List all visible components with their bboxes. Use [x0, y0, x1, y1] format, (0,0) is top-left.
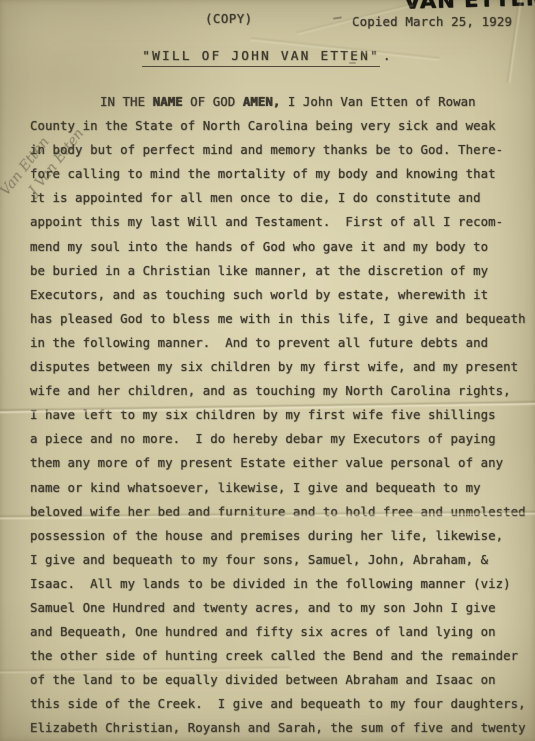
- text-line: Elizabeth Christian, Royansh and Sarah, …: [30, 716, 525, 740]
- text-line: of the land to be equally divided betwee…: [30, 668, 525, 692]
- text-line: be buried in a Christian like manner, at…: [30, 259, 525, 283]
- text-line: Executors, and as touching such world by…: [30, 283, 525, 307]
- text-line: it is appointed for all men once to die,…: [30, 186, 525, 210]
- text-line: fore calling to mind the mortality of my…: [30, 162, 525, 186]
- document-title: "WILL OF JOHN VAN ETTEN": [142, 49, 380, 67]
- text-line: disputes between my six children by my f…: [30, 355, 525, 379]
- text-line: the other side of hunting creek called t…: [30, 644, 525, 668]
- text-line: County in the State of North Carolina be…: [30, 114, 525, 138]
- text-line: wife and her children, and as touching m…: [30, 379, 525, 403]
- text-line: in the following manner. And to prevent …: [30, 331, 525, 355]
- document-body: IN THE NAME OF GOD AMEN, I John Van Ette…: [30, 90, 525, 741]
- title-period: .: [383, 49, 393, 64]
- text-line: I have left to my six children by my fir…: [30, 403, 525, 427]
- text-line: and Bequeath, One hundred and fifty six …: [30, 620, 525, 644]
- copy-label: (COPY): [205, 11, 253, 26]
- text-line: beloved wife her bed and furniture and t…: [30, 500, 525, 524]
- text-line: IN THE NAME OF GOD AMEN, I John Van Ette…: [30, 90, 525, 114]
- text-line: a piece and no more. I do hereby debar m…: [30, 427, 525, 451]
- text-line: Isaac. All my lands to be divided in the…: [30, 572, 525, 596]
- text-line: possession of the house and premises dur…: [30, 524, 525, 548]
- text-line: I give and bequeath to my four sons, Sam…: [30, 548, 525, 572]
- text-line: name or kind whatsoever, likewise, I giv…: [30, 476, 525, 500]
- text-line: in body but of perfect mind and memory t…: [30, 138, 525, 162]
- text-line: appoint this my last Will and Testament.…: [30, 210, 525, 234]
- copied-date: Copied March 25, 1929: [352, 14, 512, 29]
- will-document-page: VAN ETTEN Van Etten J Van Etten (COPY) C…: [0, 0, 535, 741]
- paper-crease: [505, 0, 524, 83]
- text-line: mend my soul into the hands of God who g…: [30, 235, 525, 259]
- text-line: Samuel One Hundred and twenty acres, and…: [30, 596, 525, 620]
- corner-stamp-van-etten: VAN ETTEN: [404, 0, 535, 13]
- text-line: them any more of my present Estate eithe…: [30, 451, 525, 475]
- text-line: this side of the Creek. I give and beque…: [30, 692, 525, 716]
- text-line: has pleased God to bless me with in this…: [30, 307, 525, 331]
- pencil-dash-mark: [333, 16, 342, 19]
- document-title-row: "WILL OF JOHN VAN ETTEN".: [0, 49, 535, 64]
